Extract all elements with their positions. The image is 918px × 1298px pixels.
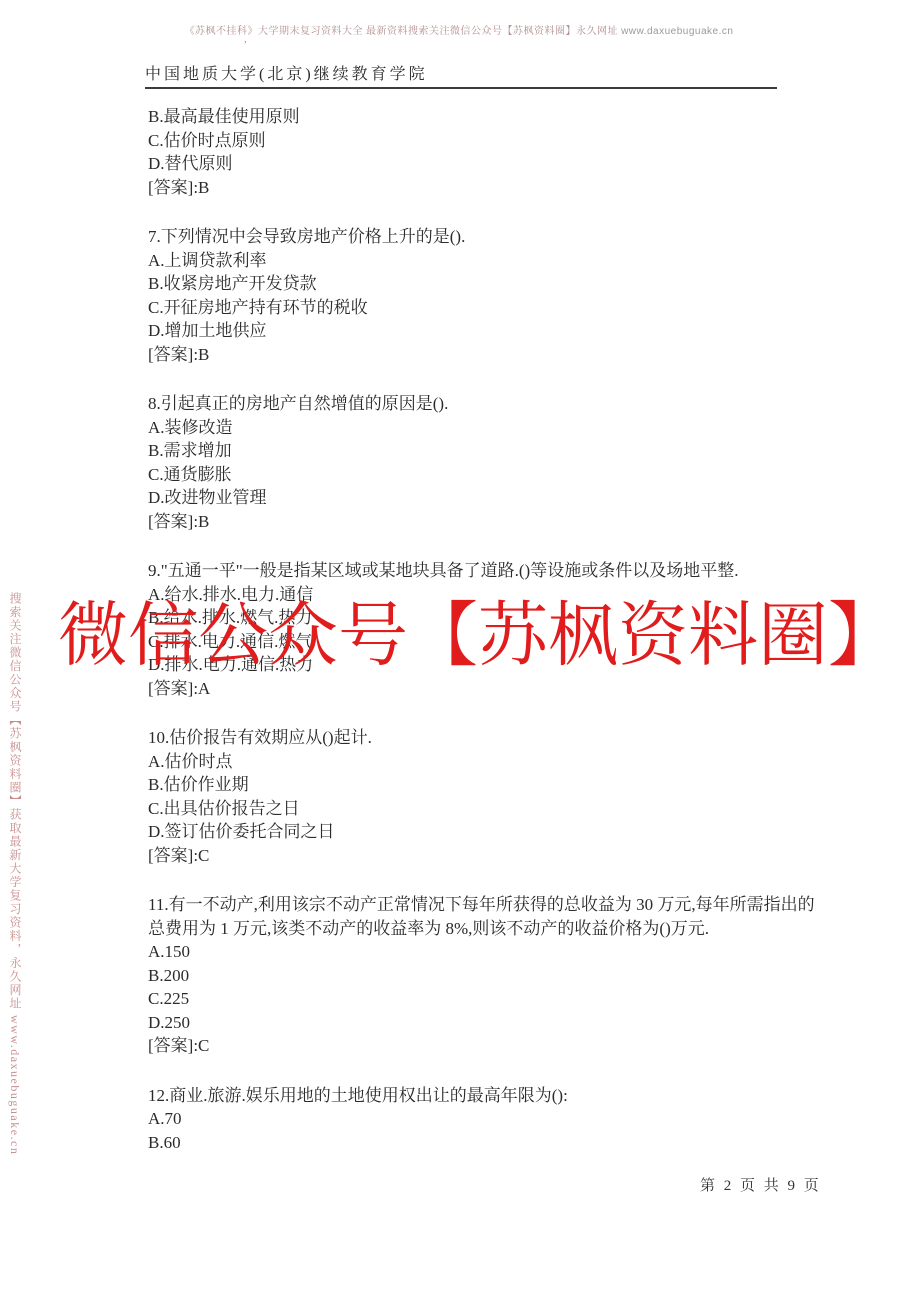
text-line: [答案]:B xyxy=(148,510,828,534)
text-line: [答案]:B xyxy=(148,343,828,367)
text-line: A.估价时点 xyxy=(148,750,828,774)
text-line: B.估价作业期 xyxy=(148,773,828,797)
text-line: D.替代原则 xyxy=(148,152,828,176)
scan-comma-artifact: , xyxy=(244,33,247,45)
text-line: A.上调贷款利率 xyxy=(148,249,828,273)
text-line: 12.商业.旅游.娱乐用地的土地使用权出让的最高年限为(): xyxy=(148,1084,828,1108)
page-footer: 第 2 页 共 9 页 xyxy=(700,1174,821,1195)
text-line: A.150 xyxy=(148,940,828,964)
text-line: D.增加土地供应 xyxy=(148,319,828,343)
page-number: 第 2 页 共 9 页 xyxy=(700,1178,821,1194)
school-header-title: 中国地质大学(北京)继续教育学院 xyxy=(145,66,428,83)
question-block: 12.商业.旅游.娱乐用地的土地使用权出让的最高年限为():A.70B.60 xyxy=(148,1084,828,1155)
text-line: A.70 xyxy=(148,1107,828,1131)
text-line: [答案]:A xyxy=(148,677,828,701)
text-line: B.200 xyxy=(148,964,828,988)
text-line: B.收紧房地产开发贷款 xyxy=(148,272,828,296)
text-line: 7.下列情况中会导致房地产价格上升的是(). xyxy=(148,225,828,249)
text-line: D.250 xyxy=(148,1011,828,1035)
text-line: 8.引起真正的房地产自然增值的原因是(). xyxy=(148,392,828,416)
text-line: 11.有一不动产,利用该宗不动产正常情况下每年所获得的总收益为 30 万元,每年… xyxy=(148,893,828,917)
text-line: B.最高最佳使用原则 xyxy=(148,105,828,129)
question-block: 10.估价报告有效期应从()起计.A.估价时点B.估价作业期C.出具估价报告之日… xyxy=(148,726,828,867)
text-line: D.改进物业管理 xyxy=(148,486,828,510)
text-line: B.需求增加 xyxy=(148,439,828,463)
center-watermark: 微信公众号【苏枫资料圈】 xyxy=(58,596,898,679)
text-line: C.估价时点原则 xyxy=(148,129,828,153)
text-line: [答案]:B xyxy=(148,176,828,200)
school-header: 中国地质大学(北京)继续教育学院 xyxy=(145,61,777,89)
question-block: 11.有一不动产,利用该宗不动产正常情况下每年所获得的总收益为 30 万元,每年… xyxy=(148,893,828,1058)
top-banner-url: www.daxuebuguake.cn xyxy=(621,26,733,37)
text-line: [答案]:C xyxy=(148,1034,828,1058)
text-line: D.签订估价委托合同之日 xyxy=(148,820,828,844)
question-block: 7.下列情况中会导致房地产价格上升的是().A.上调贷款利率B.收紧房地产开发贷… xyxy=(148,225,828,366)
text-line: A.装修改造 xyxy=(148,416,828,440)
document-page: 《苏枫不挂科》大学期末复习资料大全 最新资料搜索关注微信公众号【苏枫资料圈】永久… xyxy=(0,0,918,1298)
question-block: 8.引起真正的房地产自然增值的原因是().A.装修改造B.需求增加C.通货膨胀D… xyxy=(148,392,828,533)
text-line: 10.估价报告有效期应从()起计. xyxy=(148,726,828,750)
question-block: B.最高最佳使用原则C.估价时点原则D.替代原则[答案]:B xyxy=(148,105,828,199)
text-line: C.出具估价报告之日 xyxy=(148,797,828,821)
left-vertical-watermark: 搜索关注微信公众号【苏枫资料圈】获取最新大学复习资料，永久网址 www.daxu… xyxy=(7,592,24,1292)
text-line: C.通货膨胀 xyxy=(148,463,828,487)
text-line: 9."五通一平"一般是指某区域或某地块具备了道路.()等设施或条件以及场地平整. xyxy=(148,559,828,583)
text-line: [答案]:C xyxy=(148,844,828,868)
text-line: C.225 xyxy=(148,987,828,1011)
text-line: C.开征房地产持有环节的税收 xyxy=(148,296,828,320)
top-banner-text: 《苏枫不挂科》大学期末复习资料大全 最新资料搜索关注微信公众号【苏枫资料圈】永久… xyxy=(185,26,622,37)
text-line: B.60 xyxy=(148,1131,828,1155)
text-line: 总费用为 1 万元,该类不动产的收益率为 8%,则该不动产的收益价格为()万元. xyxy=(148,917,828,941)
top-banner: 《苏枫不挂科》大学期末复习资料大全 最新资料搜索关注微信公众号【苏枫资料圈】永久… xyxy=(0,22,918,37)
